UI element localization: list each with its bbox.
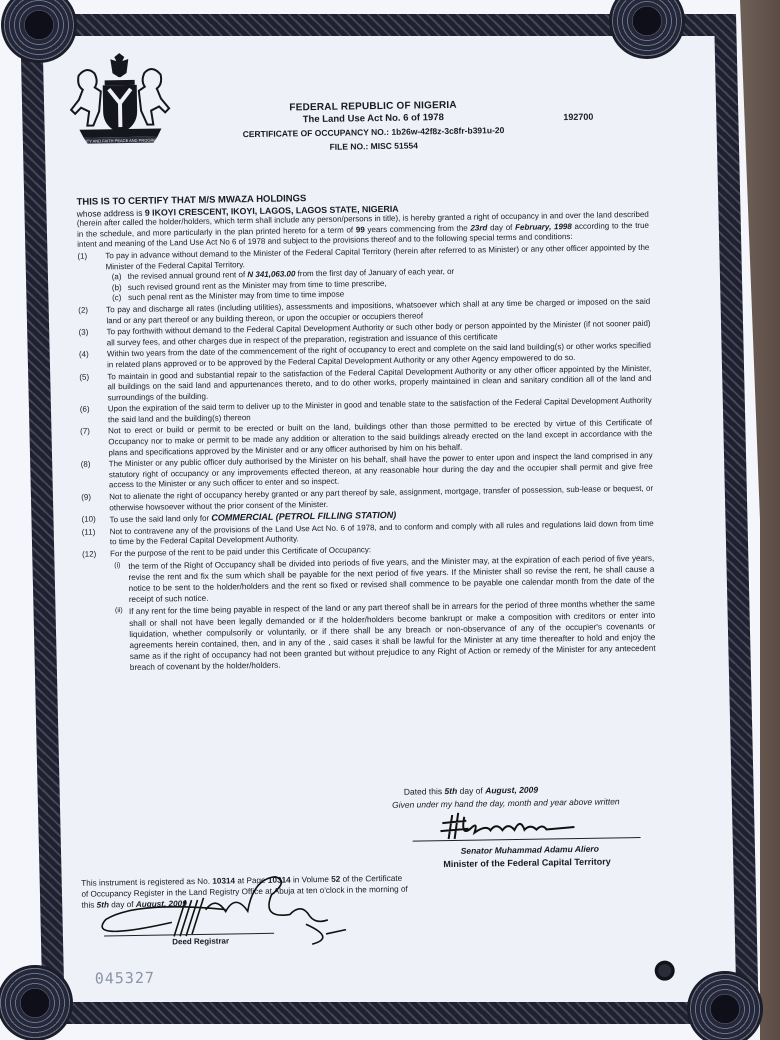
corner-rosette-icon xyxy=(0,968,70,1038)
term-years: 99 xyxy=(356,225,365,234)
certificate-number-line: CERTIFICATE OF OCCUPANCY NO.: 1b26w-42f8… xyxy=(183,124,563,140)
certificate-number-label: CERTIFICATE OF OCCUPANCY NO.: xyxy=(243,127,390,139)
condition-12: (12) For the purpose of the rent to be p… xyxy=(82,541,656,675)
minister-name: Senator Muhammad Adamu Aliero xyxy=(425,843,635,856)
holder-name: M/S MWAZA HOLDINGS xyxy=(198,193,306,206)
land-use: COMMERCIAL (PETROL FILLING STATION) xyxy=(211,510,396,523)
certificate-header: FEDERAL REPUBLIC OF NIGERIA The Land Use… xyxy=(183,98,564,154)
certificate-content: UNITY AND FAITH PEACE AND PROGRESS FEDER… xyxy=(62,30,717,980)
minister-title: Minister of the Federal Capital Territor… xyxy=(417,856,637,869)
file-number-line: FILE NO.: MISC 51554 xyxy=(184,138,564,154)
svg-text:UNITY AND FAITH PEACE AND PROG: UNITY AND FAITH PEACE AND PROGRESS xyxy=(80,137,162,143)
nigeria-coat-of-arms-icon: UNITY AND FAITH PEACE AND PROGRESS xyxy=(64,50,175,147)
condition-12-i: (i) the term of the Right of Occupancy s… xyxy=(114,552,655,605)
dated-line: Dated this 5th day of August, 2009 xyxy=(404,785,538,797)
condition-1: (1) To pay in advance without demand to … xyxy=(77,243,650,305)
file-number: MISC 51554 xyxy=(371,140,418,151)
dated-month-year: August, 2009 xyxy=(485,785,538,796)
ground-rent-amount: N 341,063.00 xyxy=(247,270,295,280)
certificate-number: 1b26w-42f8z-3c8fr-b391u-20 xyxy=(391,125,504,137)
start-month-year: February, 1998 xyxy=(515,222,572,232)
corner-rosette-icon xyxy=(690,974,760,1040)
condition-12-ii: (ii) If any rent for the time being paya… xyxy=(115,598,656,674)
certificate-body: THIS IS TO CERTIFY THAT M/S MWAZA HOLDIN… xyxy=(76,189,655,675)
registrar-label: Deed Registrar xyxy=(172,936,229,946)
dated-day: 5th xyxy=(444,786,457,796)
certificate-paper: UNITY AND FAITH PEACE AND PROGRESS FEDER… xyxy=(0,0,760,1040)
file-number-label: FILE NO.: xyxy=(329,141,368,152)
start-day: 23rd xyxy=(470,223,487,232)
serial-number-bottom: 045327 xyxy=(95,969,155,988)
serial-number-top: 192700 xyxy=(563,112,593,122)
